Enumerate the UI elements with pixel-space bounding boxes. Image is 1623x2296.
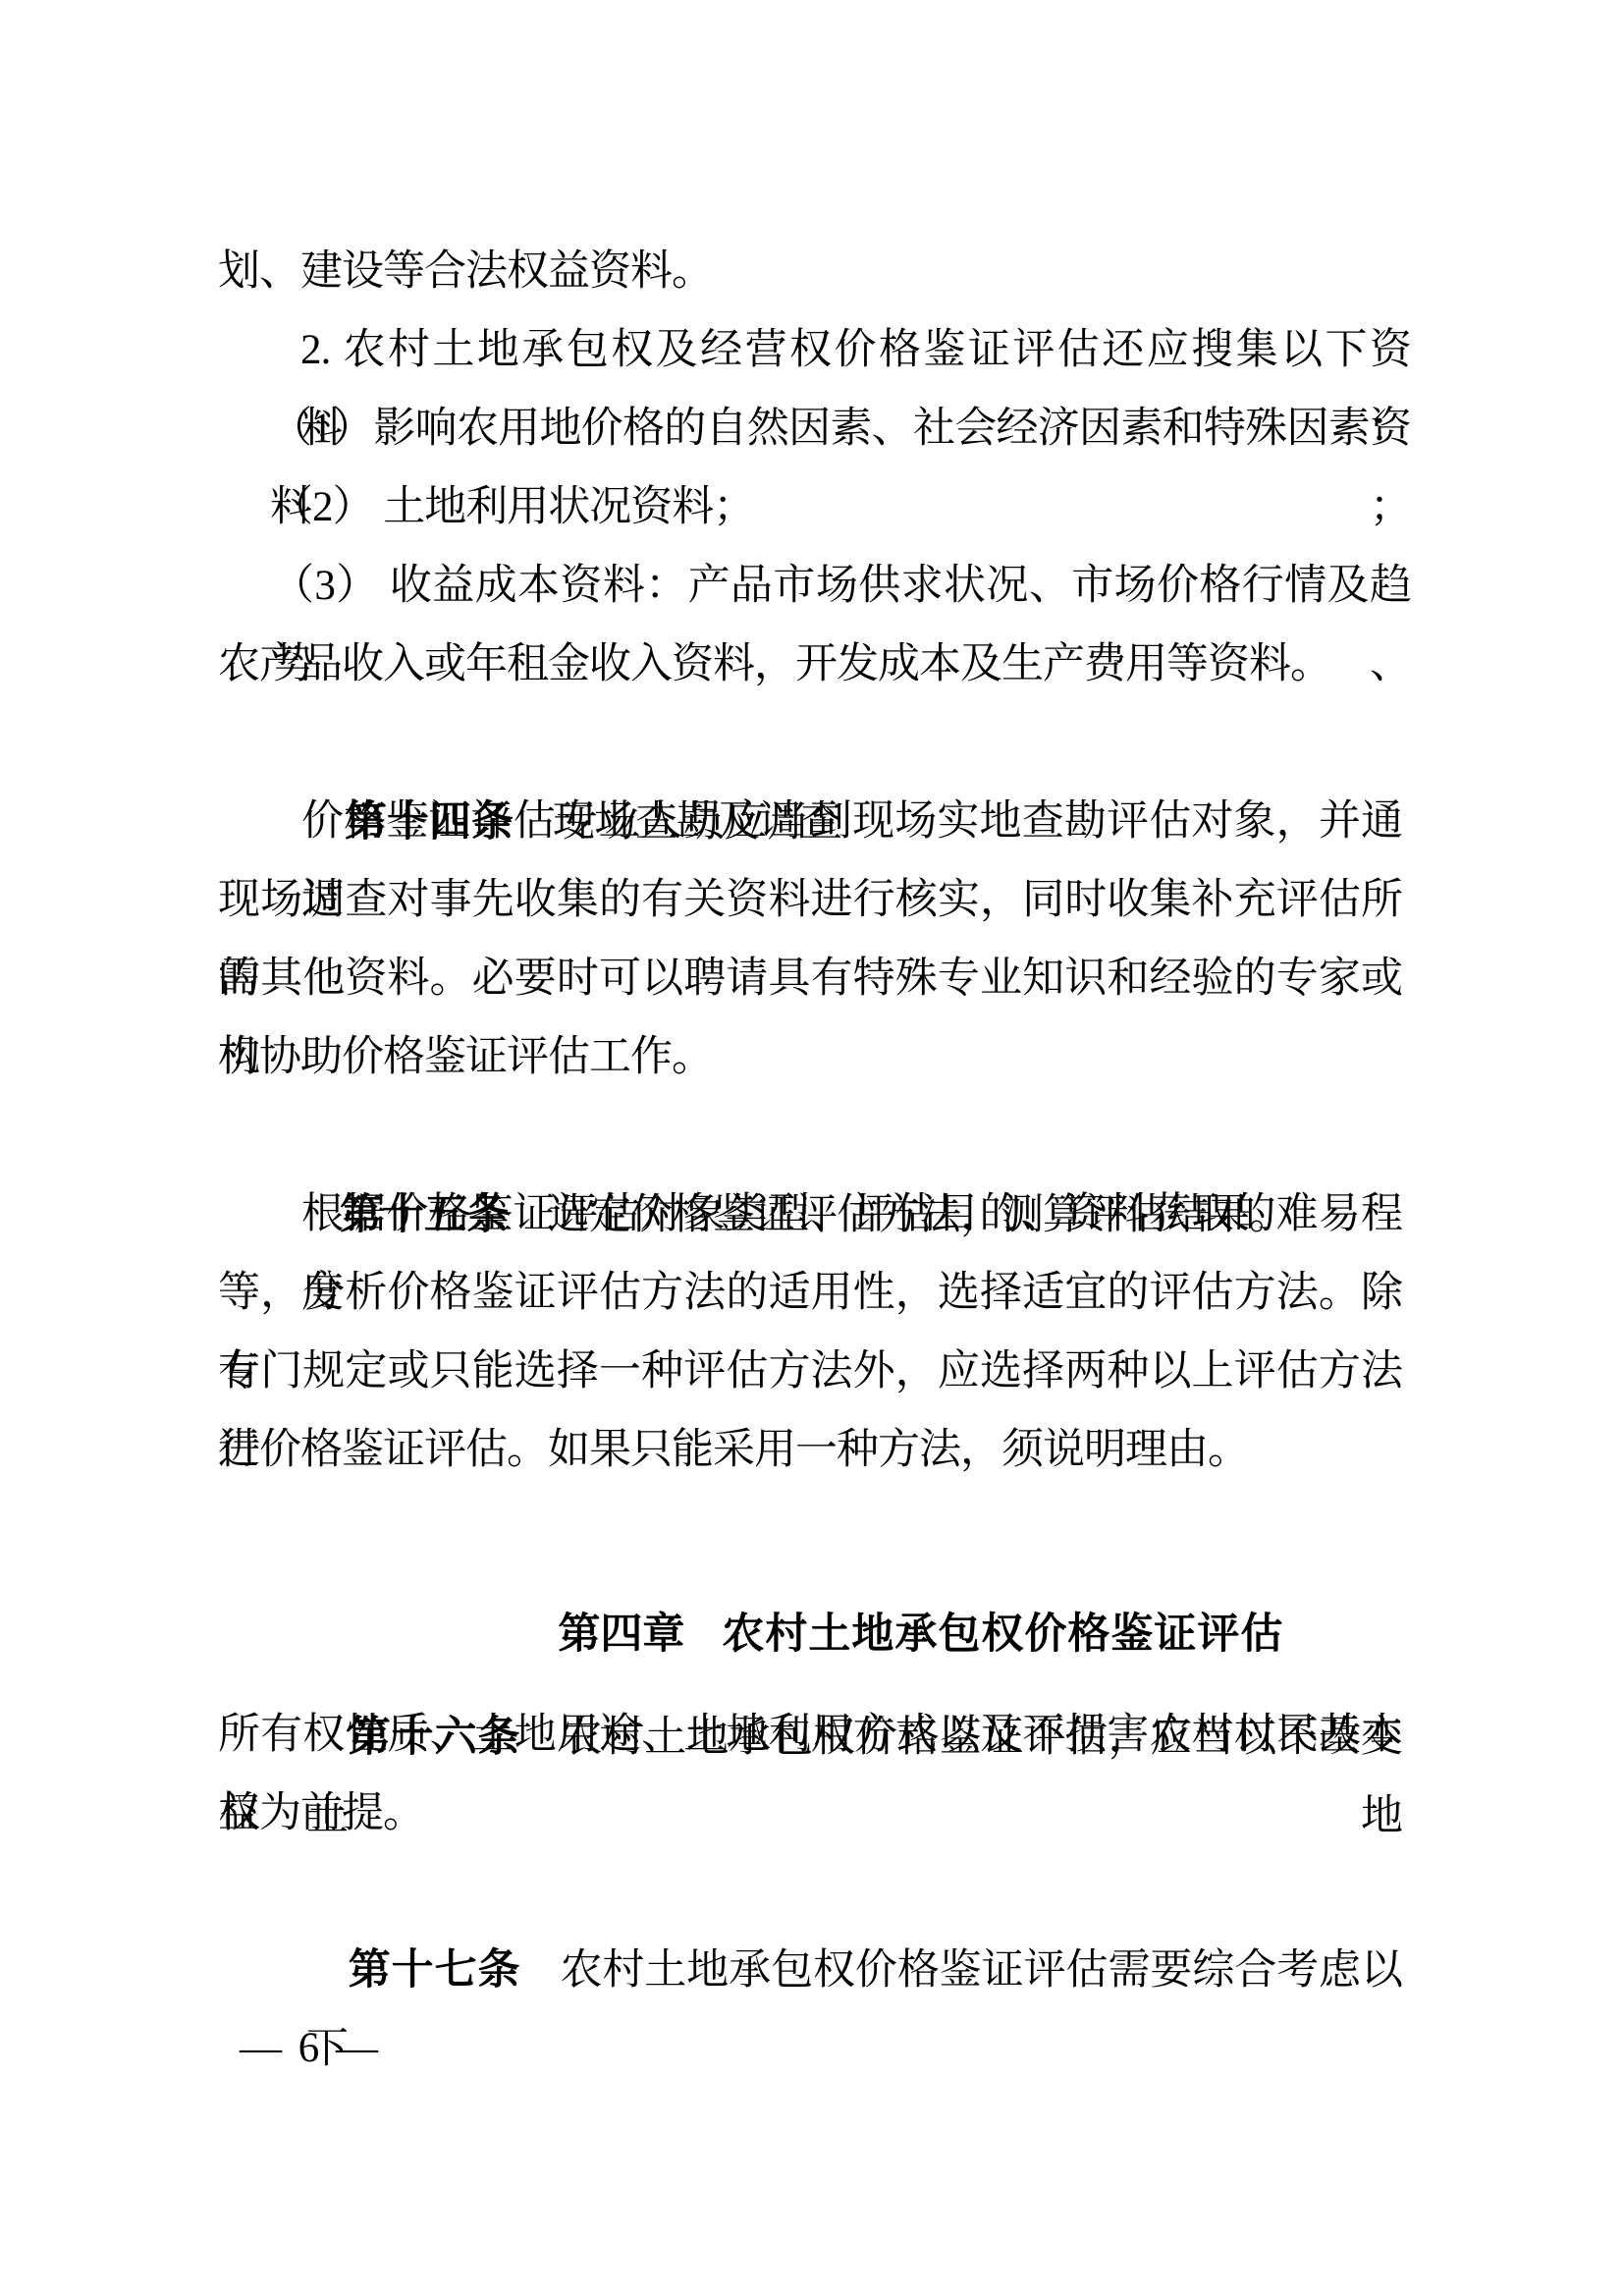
text-line: 所有权性质、土地用途、土地利用方式以及不损害农村村民基本权 bbox=[218, 1696, 1402, 1775]
article-heading-line: 第十七条农村土地承包权价格鉴证评估需要综合考虑以下 bbox=[306, 1852, 1402, 1931]
article-heading-line: 第十六条农村土地承包权价格鉴证评估，应当以不改变土地 bbox=[306, 1619, 1402, 1698]
chapter-heading: 第四章农村土地承包权价格鉴证评估 bbox=[218, 1516, 1488, 1595]
article-heading-line: 第十五条选定价格鉴证评估方法，测算评估结果。 bbox=[301, 1097, 1290, 1175]
text-line: 益为前提。 bbox=[218, 1775, 424, 1853]
text-line: 等，分析价格鉴证评估方法的适用性，选择适宜的评估方法。除有 bbox=[218, 1254, 1402, 1333]
article-number-bold: 第十七条 bbox=[349, 1946, 521, 1994]
list-item-line: （3） 收益成本资料：产品市场供求状况、市场价格行情及趋势、 bbox=[272, 547, 1411, 626]
text-line: 的其他资料。必要时可以聘请具有特殊专业知识和经验的专家或机 bbox=[218, 940, 1402, 1018]
text-line: 行价格鉴证评估。如果只能采用一种方法，须说明理由。 bbox=[218, 1411, 1249, 1490]
text-line: 现场调查对事先收集的有关资料进行核实，同时收集补充评估所需 bbox=[218, 861, 1402, 940]
text-line: 构协助价格鉴证评估工作。 bbox=[218, 1018, 713, 1097]
text-line: 根据价格鉴证评估对象类型、评估目的、资料获取的难易程度 bbox=[301, 1175, 1402, 1254]
document-page: 划、建设等合法权益资料。 2. 农村土地承包权及经营权价格鉴证评估还应搜集以下资… bbox=[0, 0, 1623, 2296]
text-line: 农产品收入或年租金收入资料，开发成本及生产费用等资料。 bbox=[218, 626, 1331, 704]
list-item-line: （1）影响农用地价格的自然因素、社会经济因素和特殊因素资料； bbox=[270, 390, 1411, 468]
list-item-line: （2） 土地利用状况资料； bbox=[271, 468, 754, 547]
page-number: — 6 — bbox=[240, 2009, 378, 2088]
text-line: 2. 农村土地承包权及经营权价格鉴证评估还应搜集以下资料： bbox=[300, 311, 1411, 390]
text-line: 专门规定或只能选择一种评估方法外，应选择两种以上评估方法进 bbox=[218, 1333, 1402, 1411]
text-line: 划、建设等合法权益资料。 bbox=[218, 233, 1402, 311]
article-heading-line: 第十四条现场查勘及调查 bbox=[306, 704, 841, 783]
text-line: 价格鉴证评估专业人员应当到现场实地查勘评估对象，并通过 bbox=[301, 783, 1402, 861]
